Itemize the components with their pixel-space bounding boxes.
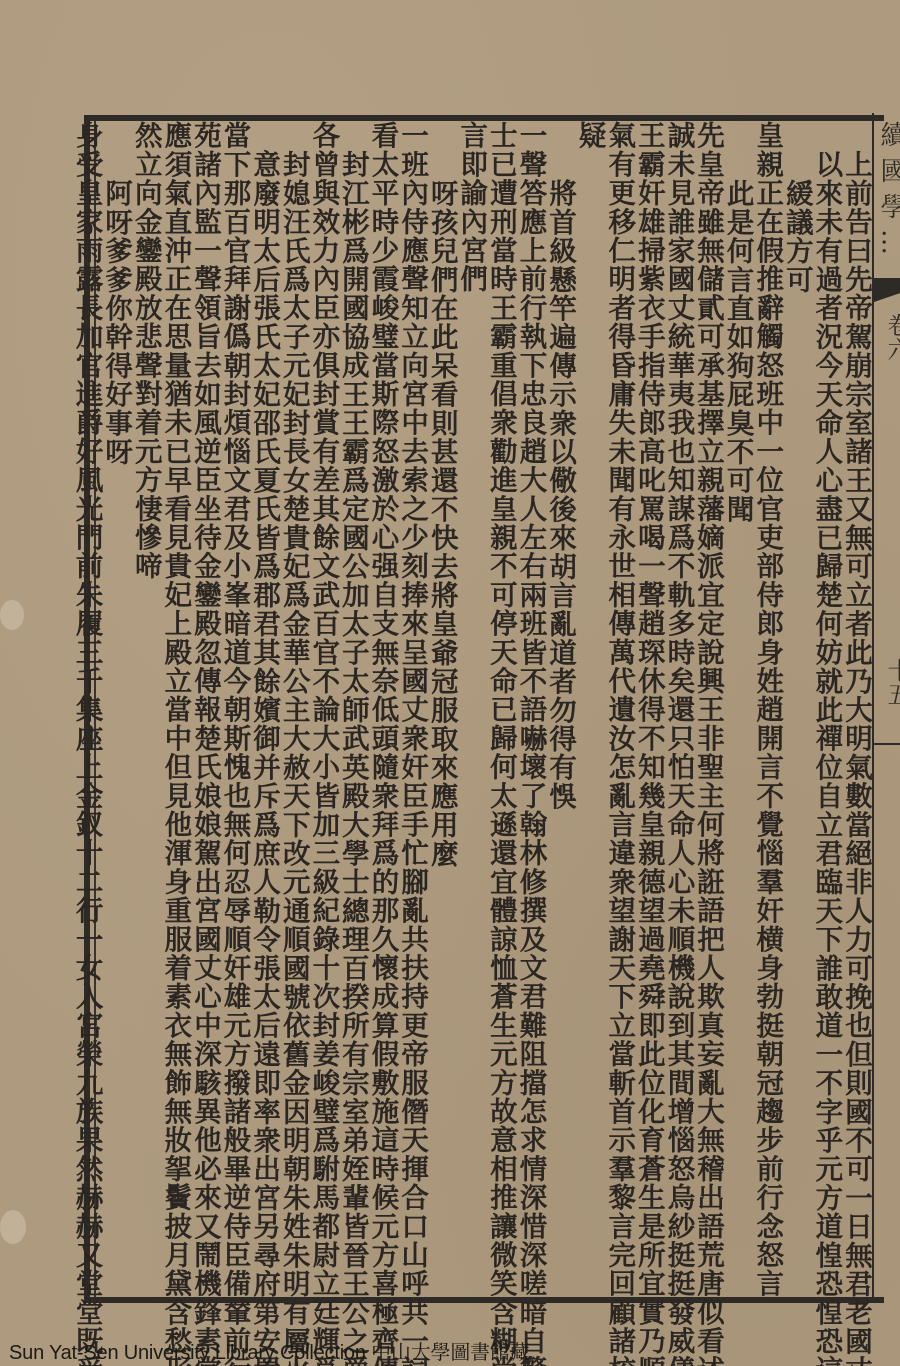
banxin-volume-label: 卷六: [880, 313, 900, 361]
text-column: 呀孩兒們在此呆看則甚還不快去將皇爺冠服取來應用麼: [426, 121, 456, 1297]
paper-stain: [0, 1210, 26, 1244]
text-column: 身受皇家雨露長加官進爵好風光門前朱履三千集座上金釵十二行一女入宮榮九族果然赫赫又…: [71, 121, 101, 1297]
text-column: 疑: [574, 121, 604, 1297]
text-column: 當下那百官拜謝僞朝封煩惱文君及小峯暗道今朝斯愧也無何忍辱順奸雄元方撥諸般畢逆侍臣…: [219, 121, 249, 1297]
text-column: 一班內侍應聲知立向宮中去索之少刻捧來呈國丈衆奸臣手忙腳亂共扶持更帝服僭天揮合口山…: [397, 121, 427, 1297]
text-column: 一聲答應上前行執下忠良趙大人左右兩班皆不語嚇壞了翰林修撰及文君難阻擋怎求情深惜深…: [515, 121, 545, 1297]
text-column: 緩議方可: [781, 121, 811, 1297]
text-column: 此是何言直如狗屁臭不可聞: [722, 121, 752, 1297]
text-column: 然立向金鑾殿放悲聲對着元方悽慘啼: [130, 121, 160, 1297]
text-column: 上前告曰先帝駕崩宗室諸王又無可立者此乃大明氣數當絕非人力可挽也但則國不可一日無君…: [840, 121, 870, 1297]
text-column: 言即諭內宮們: [456, 121, 486, 1297]
vertical-text-body: 上前告曰先帝駕崩宗室諸王又無可立者此乃大明氣數當絕非人力可挽也但則國不可一日無君…: [100, 121, 870, 1297]
banxin-divider: [874, 743, 900, 745]
text-column: 以來未有過者況今天命人心盡已歸楚何妨就此禪位自立君臨天下誰敢道一不字乎元方道惶恐…: [811, 121, 841, 1297]
text-column: 先皇帝雖無儲貳可承基擇立親藩嫡派宜定說興王非聖主何將誑語把人欺真妄亂大無稽出語荒…: [692, 121, 722, 1297]
text-column: 阿呀爹爹你幹得好事呀: [101, 121, 131, 1297]
text-column: 士已遭刑當時王霸重倡衆勸進皇親不可停天命已歸何太遜還宜體諒恤蒼生元方故意相推讓微…: [485, 121, 515, 1297]
banxin-center-strip: 續國學… 卷六 十五: [872, 113, 900, 1303]
text-column: 將首級懸竿遍傳示衆以儆後來胡言亂道者勿得有悞: [544, 121, 574, 1297]
library-collection-caption: Sun Yat-Sen University Library Collectio…: [9, 1336, 530, 1365]
text-column: 王霸奸雄掃紫衣手指侍郎高叱罵喝一聲趙琛休得不知幾皇親德望過堯舜即此位化育蒼生是所…: [633, 121, 663, 1297]
fish-tail-mark-icon: [874, 278, 900, 302]
paper-stain: [0, 600, 24, 630]
text-column: 封媳汪氏爲太子元妃封長女楚貴妃爲金華公主大赦天下改元通順國號依舊金因明朝朱姓朱明…: [278, 121, 308, 1297]
text-column: 誠未見誰家國丈統華夷我也知謀爲不軌多時矣還只怕天命人心未順機說到其間增惱怒烏紗挺…: [663, 121, 693, 1297]
text-column: 皇親正在假推辭觸怒班中一位官吏部侍郎身姓趙開言不覺惱羣奸横身勃挺朝冠趨步前行念怒…: [752, 121, 782, 1297]
text-column: 氣有更移仁明者得昏庸失未聞有永世相傳萬代遺汝怎亂言違衆望謝天下立當斬首示羣黎言完…: [604, 121, 634, 1297]
text-column: 看太平時少霞峻璧當斯際怒激於心强自支無奈低頭隨衆拜爲的那久懷成算假敷施這時候元方…: [367, 121, 397, 1297]
text-column: 封江彬爲開國協成王王霸爲定國公加太子太師武英殿大學士總理百揆所有宗室弟姪輩皆晉王…: [337, 121, 367, 1297]
banxin-book-title: 續國學…: [878, 121, 900, 265]
text-column: 各曾與效力內臣亦俱封賞有差其餘文武百官不論大小皆加三級紀錄十次封姜峻璧爲駙馬都尉…: [308, 121, 338, 1297]
text-column: 苑諸內監一聲領旨去如風逆臣坐待金鑾殿忽傳報楚氏娘娘駕出宮國丈心中深駭異他必來又鬧…: [189, 121, 219, 1297]
text-column: 應須氣直沖正在思量猶未已早看見貴妃上殿立當中但見他渾身重服着素衣無飾無妝挐鬢披月…: [160, 121, 190, 1297]
text-column: 意廢明太后張氏太妃邵氏夏氏皆爲郡君其餘嬪御并斥爲庶人勒令張太后遠即率衆出宮另尋府…: [249, 121, 279, 1297]
banxin-page-number: 十五: [880, 658, 900, 706]
